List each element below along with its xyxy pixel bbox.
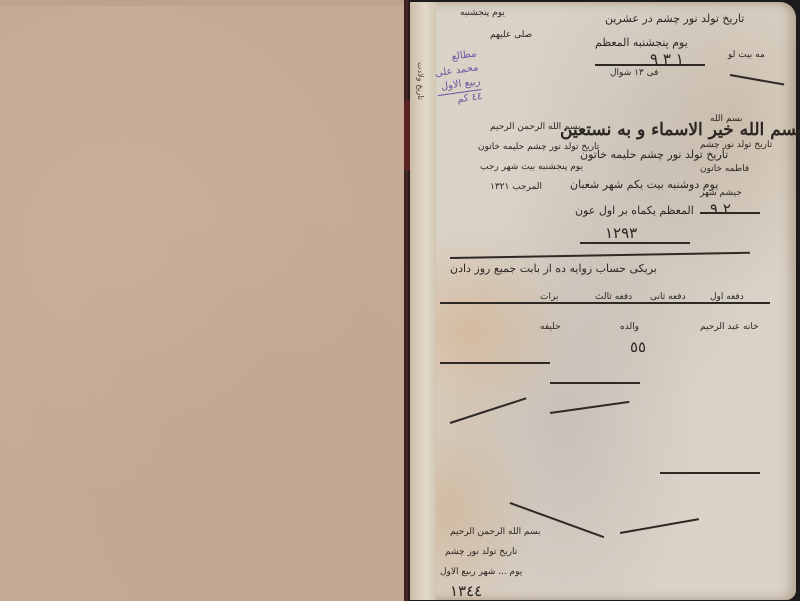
ink-line <box>450 252 750 259</box>
date-number: ٢ ٩ <box>710 200 731 218</box>
ink-line <box>550 401 629 414</box>
ink-line <box>730 74 784 85</box>
ledger-row: خانه عبد الرحیم <box>700 322 759 332</box>
ledger-header: بریکی حساب زوایه ده از بابت جمیع روز داد… <box>450 262 657 275</box>
year-number: ١٢٩٣ <box>605 224 637 242</box>
ink-line <box>620 518 699 533</box>
note: فی ١٣ شوال <box>610 68 658 78</box>
note: تاریخ تولد نور چشم <box>700 140 772 150</box>
main-line: المعظم یکماه بر اول عون <box>575 204 694 217</box>
ink-line <box>580 242 690 244</box>
ink-line <box>550 382 640 384</box>
ledger-row: والده <box>620 322 639 332</box>
note: یوم ... شهر ربیع الاول <box>440 567 522 577</box>
note: یوم پنجشنبه <box>460 8 505 18</box>
ink-line <box>450 397 527 423</box>
date-number: ١٣٤٤ <box>450 582 482 600</box>
ink-line <box>440 302 770 304</box>
note: تاریخ تولد نور چشم <box>445 547 517 557</box>
ink-line <box>700 212 760 214</box>
ink-line <box>595 64 705 66</box>
ledger-column: برات <box>540 292 558 302</box>
left-endpaper <box>0 0 404 601</box>
ink-line <box>440 362 550 364</box>
note: یوم پنجشنبه بیت شهر رجب <box>480 162 583 172</box>
note: بسم الله الرحمن الرحیم <box>450 527 540 537</box>
note: صلی علیهم <box>490 30 532 40</box>
margin-note: تاریخ ولادت <box>416 62 425 100</box>
note: المرجب ١٣٢١ <box>490 182 542 192</box>
ink-line <box>660 472 760 474</box>
purple-stamp: مطالع محمد علی ربیع الاول ٤٤ کم <box>432 47 488 142</box>
note: تاریخ تولد نور چشم در عشرین <box>605 12 744 25</box>
ledger-amount: ٥٥ <box>630 338 646 356</box>
manuscript-page: تاریخ ولادت مطالع محمد علی ربیع الاول ٤٤… <box>410 2 796 600</box>
endpaper-top-edge <box>0 0 404 6</box>
main-heading: بسم الله خیر الاسماء و به نستعین <box>560 120 800 140</box>
note: مه بیت لو <box>728 50 765 60</box>
note: فاطمه خاتون <box>700 164 749 174</box>
main-line: یوم دوشنبه بیت یکم شهر شعبان <box>570 178 718 191</box>
ledger-row: حلیفه <box>540 322 561 332</box>
ledger-column: دفعه ثالث <box>595 292 632 302</box>
ledger-column: دفعه ثانی <box>650 292 686 302</box>
note: بسم الله <box>710 114 742 124</box>
ledger-column: دفعه اول <box>710 292 744 302</box>
note: جیشم شهر <box>700 188 742 198</box>
note: یوم پنجشنبه المعظم <box>595 36 688 49</box>
